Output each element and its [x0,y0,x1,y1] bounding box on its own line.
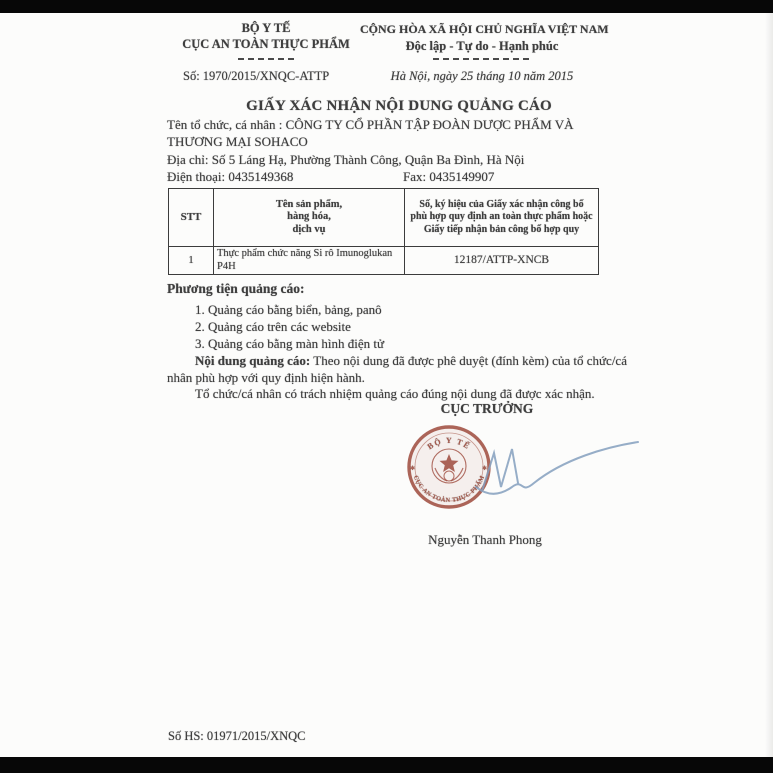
address-line: Địa chỉ: Số 5 Láng Hạ, Phường Thành Công… [167,152,647,169]
issuer-divider [238,58,294,60]
content-line-2: nhân phù hợp với quy định hiện hành. [167,370,653,387]
media-list: 1. Quảng cáo bằng biển, bảng, panô 2. Qu… [195,301,384,352]
seal-star-left-icon: ✱ [410,465,415,472]
col-header-cert: Số, ký hiệu của Giấy xác nhận công bố ph… [405,189,599,247]
signature-icon [468,421,658,511]
page-title: GIẤY XÁC NHẬN NỘI DUNG QUẢNG CÁO [160,98,638,115]
media-heading: Phương tiện quảng cáo: [167,281,304,297]
org-line-2: THƯƠNG MẠI SOHACO [167,134,647,151]
national-divider [433,58,529,60]
national-motto-line: Độc lập - Tự do - Hạnh phúc [360,39,604,54]
issuer-department: CỤC AN TOÀN THỰC PHẨM [177,37,355,52]
approver-title: CỤC TRƯỞNG [387,401,587,417]
top-letterbox-bar [0,0,773,13]
row-stt: 1 [169,247,214,275]
issuer-ministry: BỘ Y TẾ [185,21,347,36]
document-page: BỘ Y TẾ CỤC AN TOÀN THỰC PHẨM Số: 1970/2… [0,13,773,757]
content-heading: Nội dung quảng cáo: [167,353,310,368]
col-header-stt: STT [169,189,214,247]
col-header-product: Tên sản phẩm, hàng hóa, dịch vụ [214,189,405,247]
content-line-1: Nội dung quảng cáo: Theo nội dung đã đượ… [167,353,653,370]
table-row: 1 Thực phẩm chức năng Si rô Imunoglukan … [169,247,599,275]
org-line-1: Tên tổ chức, cá nhân : CÔNG TY CỔ PHẦN T… [167,117,647,134]
content-text: Theo nội dung đã được phê duyệt (đính kè… [310,353,627,368]
fax-value: Fax: 0435149907 [403,169,494,186]
media-item-2: 2. Quảng cáo trên các website [195,318,384,335]
org-block: Tên tổ chức, cá nhân : CÔNG TY CỔ PHẦN T… [167,117,647,150]
product-table: STT Tên sản phẩm, hàng hóa, dịch vụ Số, … [168,188,599,275]
media-item-3: 3. Quảng cáo bằng màn hình điện tử [195,335,384,352]
national-motto-country: CỘNG HÒA XÃ HỘI CHỦ NGHĨA VIỆT NAM [360,22,604,37]
approver-name: Nguyễn Thanh Phong [385,532,585,548]
table-header-row: STT Tên sản phẩm, hàng hóa, dịch vụ Số, … [169,189,599,247]
bottom-letterbox-bar [0,757,773,773]
content-paragraph: Nội dung quảng cáo: Theo nội dung đã đượ… [167,353,653,386]
phone-value: Điện thoại: 0435149368 [167,169,293,186]
place-date-line: Hà Nội, ngày 25 tháng 10 năm 2015 [360,69,604,84]
media-item-1: 1. Quảng cáo bằng biển, bảng, panô [195,301,384,318]
row-cert-number: 12187/ATTP-XNCB [405,247,599,275]
document-number: Số: 1970/2015/XNQC-ATTP [183,69,353,84]
row-product: Thực phẩm chức năng Si rô Imunoglukan P4… [214,247,405,275]
footer-file-number: Số HS: 01971/2015/XNQC [168,729,306,744]
